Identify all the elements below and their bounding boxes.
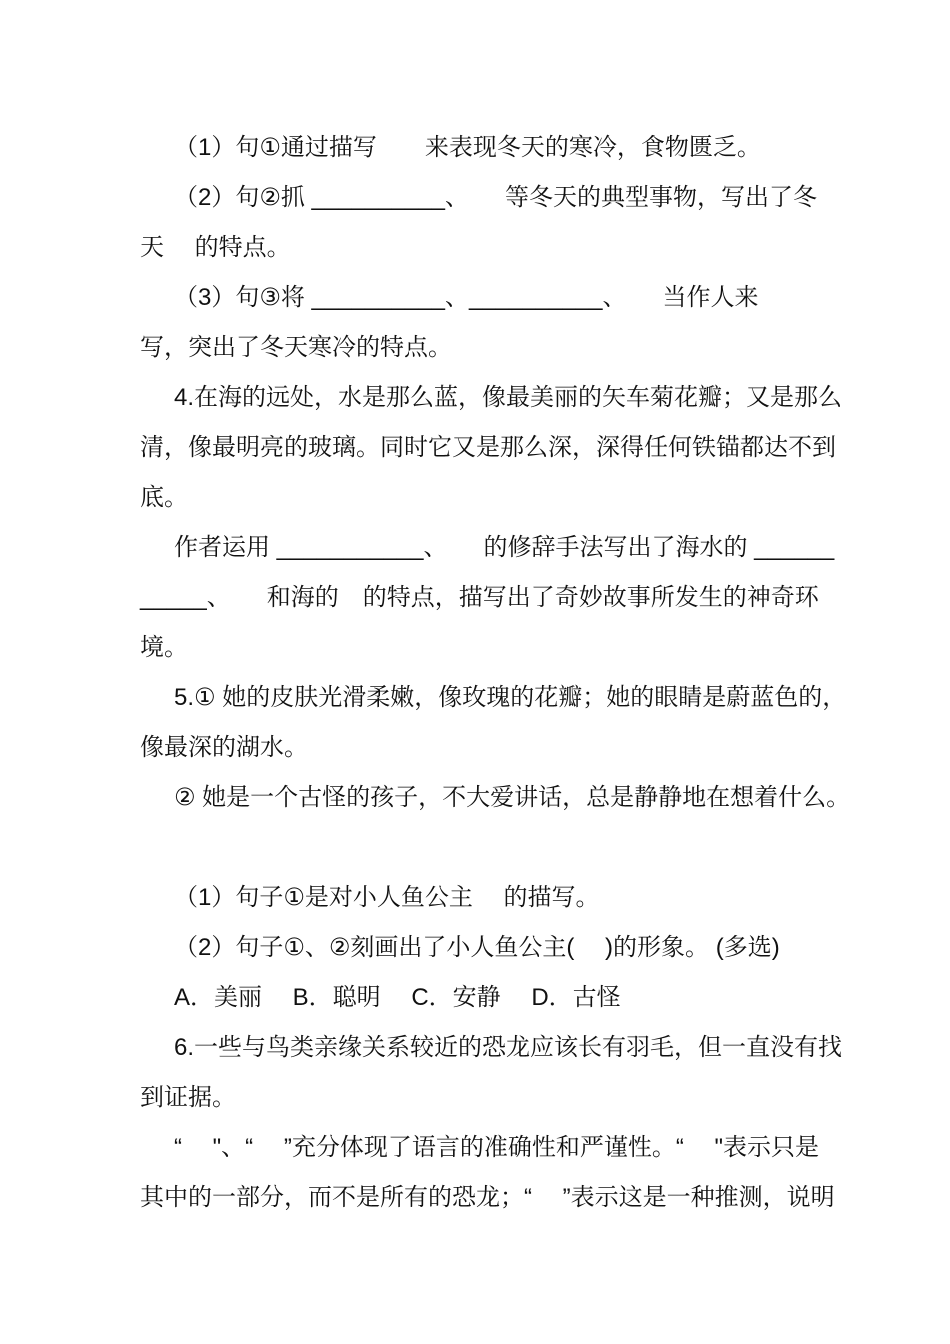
text-line: 作者运用 ___________、 的修辞手法写出了海水的 ______ [140, 523, 830, 573]
text-line: （3）句③将 __________、__________、 当作人来 [140, 273, 830, 323]
text-line: 天 的特点。 [140, 223, 830, 273]
text-line: 境。 [140, 623, 830, 673]
text-line: 其中的一部分，而不是所有的恐龙；“ ”表示这是一种推测，说明 [140, 1173, 830, 1223]
worksheet-page: （1）句①通过描写 来表现冬天的寒冷，食物匮乏。（2）句②抓 _________… [0, 0, 950, 1344]
text-line: _____、 和海的 的特点，描写出了奇妙故事所发生的神奇环 [140, 573, 830, 623]
text-line: 写，突出了冬天寒冷的特点。 [140, 323, 830, 373]
text-line: 4.在海的远处，水是那么蓝，像最美丽的矢车菊花瓣；又是那么 [140, 373, 830, 423]
text-line: 清，像最明亮的玻璃。同时它又是那么深，深得任何铁锚都达不到 [140, 423, 830, 473]
text-line: A．美丽 B．聪明 C．安静 D．古怪 [140, 973, 830, 1023]
text-line: ② 她是一个古怪的孩子，不大爱讲话，总是静静地在想着什么。 [140, 773, 830, 823]
text-line: （2）句子①、②刻画出了小人鱼公主( )的形象。 (多选) [140, 923, 830, 973]
text-line: “ "、“ ”充分体现了语言的准确性和严谨性。“ "表示只是 [140, 1123, 830, 1173]
text-line: 6.一些与鸟类亲缘关系较近的恐龙应该长有羽毛，但一直没有找 [140, 1023, 830, 1073]
text-line: 5.① 她的皮肤光滑柔嫩，像玫瑰的花瓣；她的眼睛是蔚蓝色的， [140, 673, 830, 723]
text-line: 像最深的湖水。 [140, 723, 830, 773]
text-line: （1）句①通过描写 来表现冬天的寒冷，食物匮乏。 [140, 123, 830, 173]
text-line: 到证据。 [140, 1073, 830, 1123]
text-line: （2）句②抓 __________、 等冬天的典型事物，写出了冬 [140, 173, 830, 223]
text-line [140, 823, 830, 873]
worksheet-document-body: （1）句①通过描写 来表现冬天的寒冷，食物匮乏。（2）句②抓 _________… [140, 123, 830, 1223]
text-line: 底。 [140, 473, 830, 523]
text-line: （1）句子①是对小人鱼公主 的描写。 [140, 873, 830, 923]
